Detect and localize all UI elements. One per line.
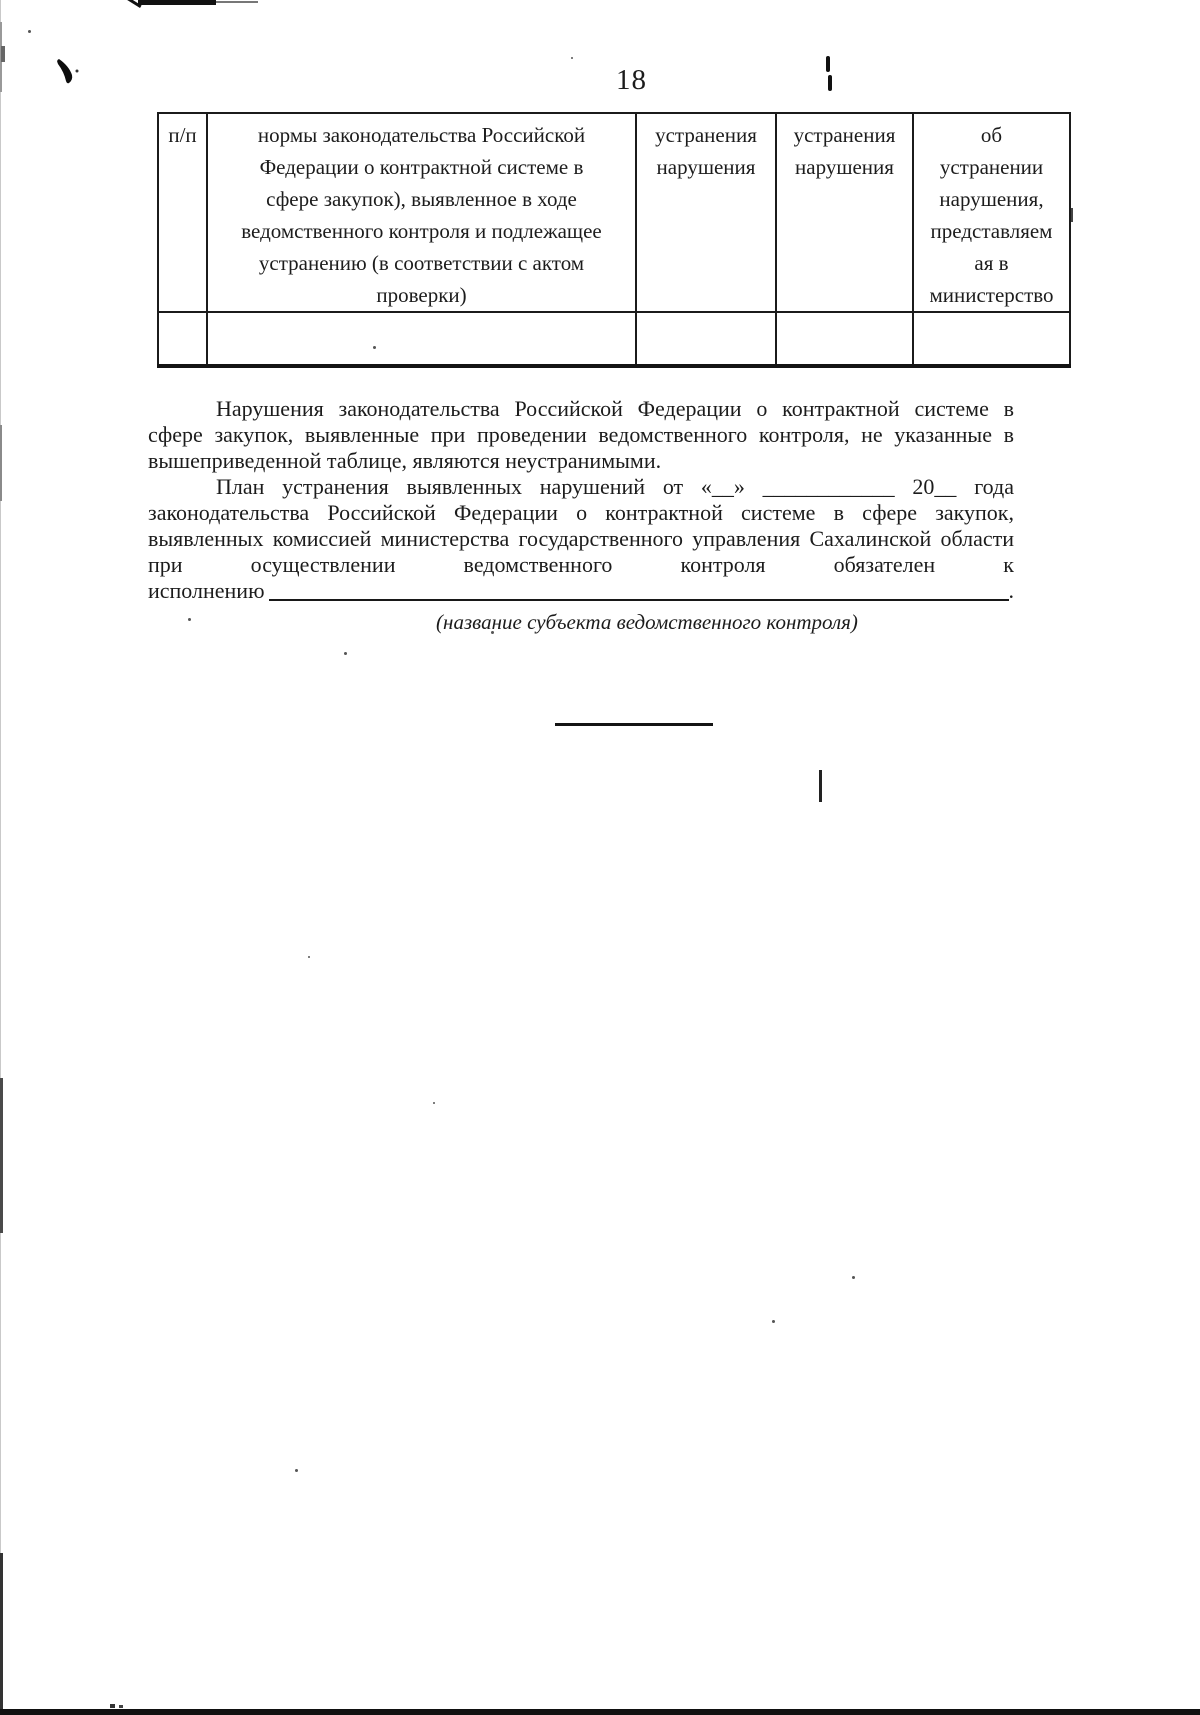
scan-artifact-table-tick [1071, 208, 1073, 222]
signature-line [555, 723, 713, 726]
paragraph2-line4: при осуществлении ведомственного контрол… [148, 552, 1014, 578]
scan-speck [344, 652, 347, 655]
scan-speck [772, 1320, 775, 1323]
table-cell [913, 312, 1070, 366]
table-header-elimination-1: устранения нарушения [636, 113, 776, 312]
caption-subject-of-control: (название субъекта ведомственного контро… [148, 610, 1080, 635]
table-cell [207, 312, 636, 366]
scan-artifact-left-seg4 [0, 1553, 3, 1713]
paragraph2-line3: выявленных комиссией министерства госуда… [148, 526, 1014, 552]
table-cell [158, 312, 207, 366]
scan-speck [571, 57, 573, 59]
table-header-ministry: об устранении нарушения, представляем ая… [913, 113, 1070, 312]
body-text: Нарушения законодательства Российской Фе… [148, 396, 1014, 604]
scan-artifact-top-thin [216, 1, 258, 3]
scan-speck [28, 30, 31, 33]
paragraph1-line3: вышеприведенной таблице, являются неустр… [148, 448, 1014, 474]
fill-line-prefix: исполнению [148, 578, 265, 604]
table-row [158, 312, 1070, 366]
table-header-violation: нормы законодательства Российской Федера… [207, 113, 636, 312]
scan-artifact-bottom-bar [0, 1709, 1200, 1715]
fill-line-suffix: . [1009, 578, 1015, 604]
scan-edge-line [0, 0, 1, 1715]
scan-artifact-right-bar [819, 770, 822, 802]
page-number: 18 [616, 64, 647, 97]
scan-artifact-crescent [56, 58, 80, 86]
scan-artifact-left-seg2 [0, 425, 2, 501]
table-header-num: п/п [158, 113, 207, 312]
paragraph1-line1: Нарушения законодательства Российской Фе… [148, 396, 1014, 422]
scan-artifact-bottom-speck1 [110, 1704, 115, 1708]
document-page: 18 п/п нормы законодательства Российской… [0, 0, 1200, 1715]
table-header-row: п/п нормы законодательства Российской Фе… [158, 113, 1070, 312]
paragraph1-line2: сфере закупок, выявленные при проведении… [148, 422, 1014, 448]
blank-underline [269, 578, 1009, 601]
scan-speck [852, 1276, 855, 1279]
table-header-elimination-2: устранения нарушения [776, 113, 913, 312]
scan-speck [308, 956, 310, 958]
table-cell [636, 312, 776, 366]
table-cell [776, 312, 913, 366]
scan-artifact-left-seg3 [0, 1078, 3, 1233]
scan-speck [295, 1469, 298, 1472]
paragraph2-line1: План устранения выявленных нарушений от … [148, 474, 1014, 500]
scan-artifact-bottom-speck2 [119, 1705, 123, 1708]
paragraph2-line2: законодательства Российской Федерации о … [148, 500, 1014, 526]
scan-speck [433, 1102, 435, 1104]
scan-artifact-left-tick [1, 46, 5, 62]
violations-table: п/п нормы законодательства Российской Фе… [157, 112, 1071, 368]
scan-artifact-top-scribble [138, 0, 216, 5]
scan-artifact-right-dash2 [828, 75, 832, 91]
paragraph2-line5: исполнению . [148, 578, 1014, 604]
scan-artifact-right-dash1 [826, 56, 830, 72]
